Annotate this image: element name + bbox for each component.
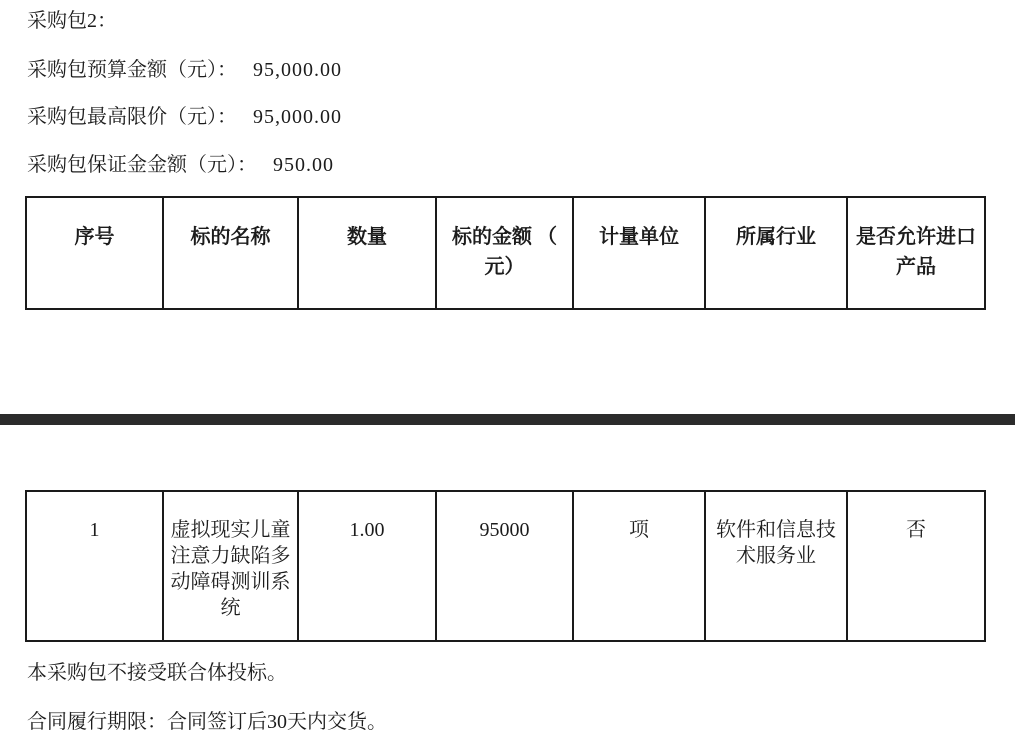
document-page: 采购包2： 采购包预算金额（元）：95,000.00 采购包最高限价（元）：95…	[0, 0, 1015, 749]
budget-amount-line: 采购包预算金额（元）：95,000.00	[27, 57, 342, 83]
table-row: 1 虚拟现实儿童 注意力缺陷多 动障碍测训系 统 1.00 95000 项 软件…	[26, 491, 985, 641]
column-header-industry: 所属行业	[705, 197, 847, 309]
max-price-label: 采购包最高限价（元）：	[27, 106, 237, 128]
column-header-unit: 计量单位	[573, 197, 705, 309]
column-header-index: 序号	[26, 197, 163, 309]
page-break-bar	[0, 414, 1015, 425]
note-no-consortium: 本采购包不接受联合体投标。	[27, 660, 287, 686]
max-price-line: 采购包最高限价（元）：95,000.00	[27, 104, 342, 130]
deposit-value: 950.00	[273, 154, 334, 176]
cell-unit: 项	[573, 491, 705, 641]
items-table-header: 序号 标的名称 数量 标的金额 （ 元） 计量单位 所属行业 是否允许进口 产品	[25, 196, 986, 310]
cell-import-allowed: 否	[847, 491, 985, 641]
max-price-value: 95,000.00	[253, 106, 342, 128]
cell-index: 1	[26, 491, 163, 641]
column-header-quantity: 数量	[298, 197, 436, 309]
column-header-name: 标的名称	[163, 197, 298, 309]
budget-amount-value: 95,000.00	[253, 59, 342, 81]
deposit-label: 采购包保证金金额（元）：	[27, 154, 257, 176]
cell-amount: 95000	[436, 491, 573, 641]
column-header-amount: 标的金额 （ 元）	[436, 197, 573, 309]
cell-industry: 软件和信息技 术服务业	[705, 491, 847, 641]
cell-name: 虚拟现实儿童 注意力缺陷多 动障碍测训系 统	[163, 491, 298, 641]
budget-amount-label: 采购包预算金额（元）：	[27, 59, 237, 81]
cell-quantity: 1.00	[298, 491, 436, 641]
items-table-body: 1 虚拟现实儿童 注意力缺陷多 动障碍测训系 统 1.00 95000 项 软件…	[25, 490, 986, 642]
column-header-import-allowed: 是否允许进口 产品	[847, 197, 985, 309]
deposit-line: 采购包保证金金额（元）：950.00	[27, 152, 334, 178]
package-title: 采购包2：	[27, 8, 117, 34]
items-table-header-row: 序号 标的名称 数量 标的金额 （ 元） 计量单位 所属行业 是否允许进口 产品	[26, 197, 985, 309]
note-contract-period: 合同履行期限：合同签订后30天内交货。	[27, 709, 387, 735]
